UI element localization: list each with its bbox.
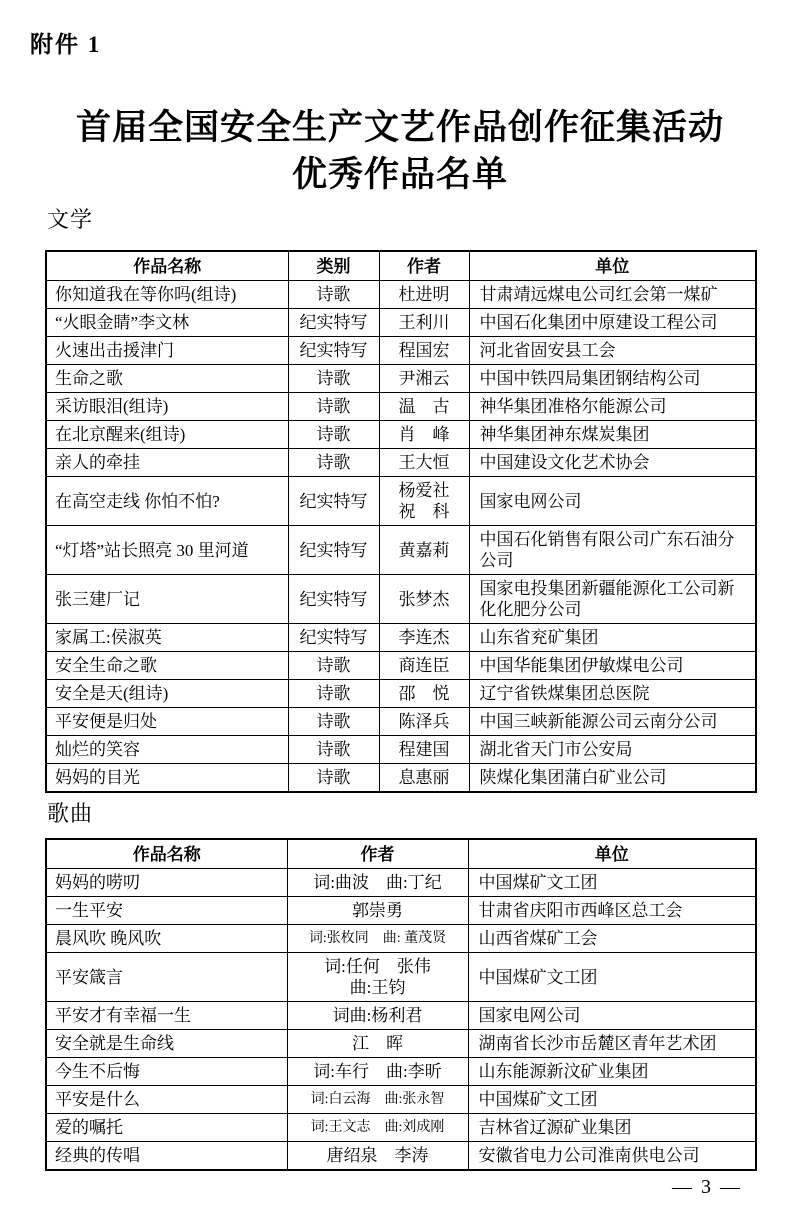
table-row: 爱的嘱托词:王文志 曲:刘成刚吉林省辽源矿业集团 (46, 1114, 756, 1142)
table-cell: 山西省煤矿工会 (468, 925, 756, 953)
table-row: 灿烂的笑容诗歌程建国湖北省天门市公安局 (46, 736, 756, 764)
document-title-line1: 首届全国安全生产文艺作品创作征集活动 (0, 104, 800, 151)
table-cell: 爱的嘱托 (46, 1114, 287, 1142)
table-cell: 中国建设文化艺术协会 (469, 449, 756, 477)
table-cell: 诗歌 (288, 365, 379, 393)
table-row: 你知道我在等你吗(组诗)诗歌杜进明甘肃靖远煤电公司红会第一煤矿 (46, 281, 756, 309)
table-cell: 火速出击援津门 (46, 337, 288, 365)
header-row: 作品名称作者单位 (46, 839, 756, 869)
table-row: 在高空走线 你怕不怕?纪实特写杨爱社祝 科国家电网公司 (46, 477, 756, 526)
table-cell: 郭崇勇 (287, 897, 468, 925)
table-cell: 词:王文志 曲:刘成刚 (287, 1114, 468, 1142)
table-cell: 平安才有幸福一生 (46, 1002, 287, 1030)
table-cell: 诗歌 (288, 281, 379, 309)
table-cell: 晨风吹 晚风吹 (46, 925, 287, 953)
table-cell: 程国宏 (379, 337, 469, 365)
table-row: 安全生命之歌诗歌商连臣中国华能集团伊敏煤电公司 (46, 652, 756, 680)
table-cell: 词:张枚同 曲: 董茂贤 (287, 925, 468, 953)
table-cell: 采访眼泪(组诗) (46, 393, 288, 421)
table-row: 亲人的牵挂诗歌王大恒中国建设文化艺术协会 (46, 449, 756, 477)
table-cell: 纪实特写 (288, 309, 379, 337)
column-header: 作者 (379, 251, 469, 281)
page-number: — 3 — (672, 1176, 742, 1199)
table-row: 晨风吹 晚风吹词:张枚同 曲: 董茂贤山西省煤矿工会 (46, 925, 756, 953)
column-header: 类别 (288, 251, 379, 281)
table-row: 安全就是生命线江 晖湖南省长沙市岳麓区青年艺术团 (46, 1030, 756, 1058)
table-cell: 灿烂的笑容 (46, 736, 288, 764)
table-cell: 纪实特写 (288, 575, 379, 624)
table-cell: 词:曲波 曲:丁纪 (287, 869, 468, 897)
table-cell: 国家电网公司 (469, 477, 756, 526)
table-cell: 平安是什么 (46, 1086, 287, 1114)
table-cell: 诗歌 (288, 652, 379, 680)
table-cell: 诗歌 (288, 708, 379, 736)
table-cell: 江 晖 (287, 1030, 468, 1058)
table-row: 采访眼泪(组诗)诗歌温 古神华集团准格尔能源公司 (46, 393, 756, 421)
section-heading-literature: 文学 (47, 203, 93, 234)
table-cell: 词曲:杨利君 (287, 1002, 468, 1030)
table-cell: 诗歌 (288, 421, 379, 449)
table-cell: 尹湘云 (379, 365, 469, 393)
table-row: 今生不后悔词:车行 曲:李昕山东能源新汶矿业集团 (46, 1058, 756, 1086)
table-cell: 河北省固安县工会 (469, 337, 756, 365)
table-cell: 国家电投集团新疆能源化工公司新化化肥分公司 (469, 575, 756, 624)
document-title-line2: 优秀作品名单 (0, 151, 800, 198)
table-cell: 邵 悦 (379, 680, 469, 708)
table-cell: 词:任何 张伟曲:王钧 (287, 953, 468, 1002)
table-cell: 一生平安 (46, 897, 287, 925)
table-cell: 吉林省辽源矿业集团 (468, 1114, 756, 1142)
table-cell: 甘肃省庆阳市西峰区总工会 (468, 897, 756, 925)
table-cell: “火眼金睛”李文林 (46, 309, 288, 337)
literature-works-table: 作品名称类别作者单位 你知道我在等你吗(组诗)诗歌杜进明甘肃靖远煤电公司红会第一… (45, 250, 757, 793)
table-cell: 中国煤矿文工团 (468, 953, 756, 1002)
table-cell: 在高空走线 你怕不怕? (46, 477, 288, 526)
table-cell: 诗歌 (288, 764, 379, 793)
table-cell: 程建国 (379, 736, 469, 764)
table-cell: 诗歌 (288, 449, 379, 477)
table-cell: 平安便是归处 (46, 708, 288, 736)
table-row: 平安才有幸福一生词曲:杨利君国家电网公司 (46, 1002, 756, 1030)
table-cell: 黄嘉莉 (379, 526, 469, 575)
column-header: 作品名称 (46, 839, 287, 869)
table-row: 妈妈的目光诗歌息惠丽陕煤化集团蒲白矿业公司 (46, 764, 756, 793)
table-cell: 在北京醒来(组诗) (46, 421, 288, 449)
table-cell: 李连杰 (379, 624, 469, 652)
table-cell: 生命之歌 (46, 365, 288, 393)
table-cell: 安全就是生命线 (46, 1030, 287, 1058)
column-header: 单位 (468, 839, 756, 869)
table-cell: 辽宁省铁煤集团总医院 (469, 680, 756, 708)
column-header: 单位 (469, 251, 756, 281)
table-cell: 神华集团准格尔能源公司 (469, 393, 756, 421)
column-header: 作者 (287, 839, 468, 869)
table-row: 一生平安郭崇勇甘肃省庆阳市西峰区总工会 (46, 897, 756, 925)
table-cell: 中国石化销售有限公司广东石油分公司 (469, 526, 756, 575)
table-cell: 息惠丽 (379, 764, 469, 793)
table-cell: 中国华能集团伊敏煤电公司 (469, 652, 756, 680)
table-cell: 中国中铁四局集团钢结构公司 (469, 365, 756, 393)
table-cell: 安徽省电力公司淮南供电公司 (468, 1142, 756, 1171)
table-cell: 妈妈的唠叨 (46, 869, 287, 897)
table-row: 在北京醒来(组诗)诗歌肖 峰神华集团神东煤炭集团 (46, 421, 756, 449)
table-cell: 湖北省天门市公安局 (469, 736, 756, 764)
table-header: 作品名称类别作者单位 (46, 251, 756, 281)
table-cell: 词:车行 曲:李昕 (287, 1058, 468, 1086)
table-cell: 安全是天(组诗) (46, 680, 288, 708)
table-cell: 商连臣 (379, 652, 469, 680)
table-cell: 中国煤矿文工团 (468, 1086, 756, 1114)
table-row: “火眼金睛”李文林纪实特写王利川中国石化集团中原建设工程公司 (46, 309, 756, 337)
document-title: 首届全国安全生产文艺作品创作征集活动 优秀作品名单 (0, 104, 800, 198)
table-cell: 甘肃靖远煤电公司红会第一煤矿 (469, 281, 756, 309)
table-row: 家属工:侯淑英纪实特写李连杰山东省兖矿集团 (46, 624, 756, 652)
table-cell: 中国石化集团中原建设工程公司 (469, 309, 756, 337)
table-cell: 山东省兖矿集团 (469, 624, 756, 652)
table-cell: 亲人的牵挂 (46, 449, 288, 477)
table-row: “灯塔”站长照亮 30 里河道纪实特写黄嘉莉中国石化销售有限公司广东石油分公司 (46, 526, 756, 575)
table-row: 平安箴言词:任何 张伟曲:王钧中国煤矿文工团 (46, 953, 756, 1002)
table-cell: 诗歌 (288, 393, 379, 421)
table-cell: 平安箴言 (46, 953, 287, 1002)
table-cell: 山东能源新汶矿业集团 (468, 1058, 756, 1086)
table-cell: 陕煤化集团蒲白矿业公司 (469, 764, 756, 793)
table-body: 妈妈的唠叨词:曲波 曲:丁纪中国煤矿文工团一生平安郭崇勇甘肃省庆阳市西峰区总工会… (46, 869, 756, 1171)
table-cell: 张三建厂记 (46, 575, 288, 624)
document-page: 附件 1 首届全国安全生产文艺作品创作征集活动 优秀作品名单 文学 作品名称类别… (0, 0, 800, 1224)
table-cell: 中国煤矿文工团 (468, 869, 756, 897)
table-cell: 温 古 (379, 393, 469, 421)
table-cell: 纪实特写 (288, 337, 379, 365)
table-cell: 妈妈的目光 (46, 764, 288, 793)
table-row: 经典的传唱唐绍泉 李涛安徽省电力公司淮南供电公司 (46, 1142, 756, 1171)
table-cell: 中国三峡新能源公司云南分公司 (469, 708, 756, 736)
table-cell: 湖南省长沙市岳麓区青年艺术团 (468, 1030, 756, 1058)
table-cell: 国家电网公司 (468, 1002, 756, 1030)
table-cell: 纪实特写 (288, 624, 379, 652)
table-cell: 杨爱社祝 科 (379, 477, 469, 526)
table-cell: 纪实特写 (288, 526, 379, 575)
table-cell: “灯塔”站长照亮 30 里河道 (46, 526, 288, 575)
table-cell: 诗歌 (288, 736, 379, 764)
table-cell: 家属工:侯淑英 (46, 624, 288, 652)
table-row: 张三建厂记纪实特写张梦杰国家电投集团新疆能源化工公司新化化肥分公司 (46, 575, 756, 624)
column-header: 作品名称 (46, 251, 288, 281)
table-row: 安全是天(组诗)诗歌邵 悦辽宁省铁煤集团总医院 (46, 680, 756, 708)
table-cell: 词:白云海 曲:张永智 (287, 1086, 468, 1114)
table-cell: 陈泽兵 (379, 708, 469, 736)
table-cell: 诗歌 (288, 680, 379, 708)
table-cell: 今生不后悔 (46, 1058, 287, 1086)
table-cell: 经典的传唱 (46, 1142, 287, 1171)
table-cell: 安全生命之歌 (46, 652, 288, 680)
table-cell: 你知道我在等你吗(组诗) (46, 281, 288, 309)
table-row: 妈妈的唠叨词:曲波 曲:丁纪中国煤矿文工团 (46, 869, 756, 897)
table-cell: 神华集团神东煤炭集团 (469, 421, 756, 449)
table-row: 平安便是归处诗歌陈泽兵中国三峡新能源公司云南分公司 (46, 708, 756, 736)
table-cell: 王大恒 (379, 449, 469, 477)
table-row: 平安是什么词:白云海 曲:张永智中国煤矿文工团 (46, 1086, 756, 1114)
table-cell: 张梦杰 (379, 575, 469, 624)
section-heading-songs: 歌曲 (47, 797, 93, 828)
table-cell: 肖 峰 (379, 421, 469, 449)
table-cell: 杜进明 (379, 281, 469, 309)
header-row: 作品名称类别作者单位 (46, 251, 756, 281)
table-row: 火速出击援津门纪实特写程国宏河北省固安县工会 (46, 337, 756, 365)
table-body: 你知道我在等你吗(组诗)诗歌杜进明甘肃靖远煤电公司红会第一煤矿“火眼金睛”李文林… (46, 281, 756, 793)
songs-works-table: 作品名称作者单位 妈妈的唠叨词:曲波 曲:丁纪中国煤矿文工团一生平安郭崇勇甘肃省… (45, 838, 757, 1171)
attachment-label: 附件 1 (30, 26, 101, 59)
table-header: 作品名称作者单位 (46, 839, 756, 869)
table-cell: 唐绍泉 李涛 (287, 1142, 468, 1171)
table-cell: 纪实特写 (288, 477, 379, 526)
table-row: 生命之歌诗歌尹湘云中国中铁四局集团钢结构公司 (46, 365, 756, 393)
table-cell: 王利川 (379, 309, 469, 337)
